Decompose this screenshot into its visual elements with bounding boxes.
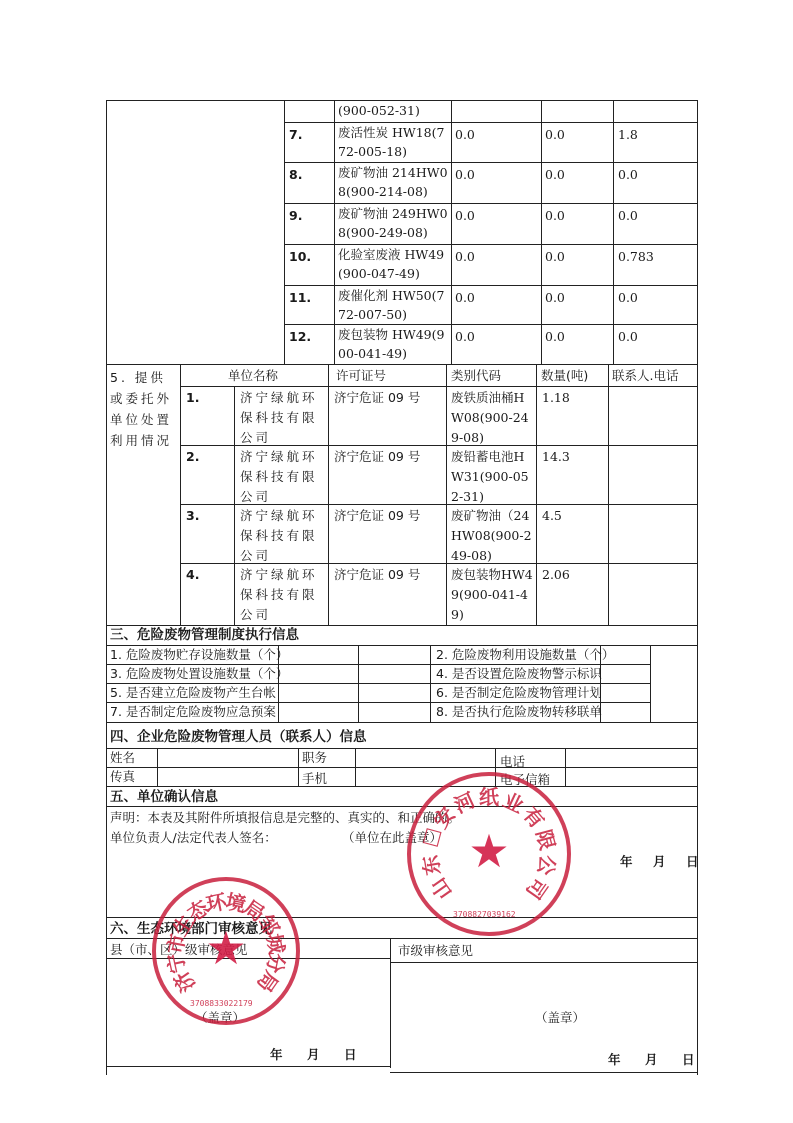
section4-title: 四、企业危险废物管理人员（联系人）信息	[110, 727, 367, 747]
quantity: 14.3	[542, 447, 570, 467]
declaration-text: 声明：本表及其附件所填报信息是完整的、真实的、和正确的。	[110, 808, 460, 828]
section3-item-label: 8. 是否执行危险废物转移联单	[436, 702, 602, 722]
category-code: 废矿物油（24 HW08(900-249-08)	[451, 506, 535, 566]
label-phone: 电话	[500, 752, 525, 772]
quantity-cell: 0.0	[545, 125, 565, 145]
table-rule	[106, 1066, 390, 1067]
table-rule	[180, 364, 181, 625]
city-seal-note: （盖章）	[535, 1008, 585, 1028]
confirm-date: 年 月 日	[620, 852, 703, 872]
table-rule	[106, 722, 107, 1075]
row-number: 3.	[186, 506, 199, 526]
waste-name-cont: 00-041-49)	[338, 344, 407, 364]
contact-field[interactable]	[610, 565, 695, 620]
header-unit-name: 单位名称	[228, 366, 278, 386]
table-rule	[334, 100, 335, 364]
table-rule	[106, 100, 107, 364]
county-date: 年 月 日	[270, 1045, 363, 1065]
company-seal-stamp: ★山东□安河纸业有限公司3708827039162	[407, 772, 571, 936]
unit-name: 济宁绿航环保科技有限公司	[240, 565, 324, 625]
section3-item-value[interactable]	[360, 645, 428, 663]
contact-field[interactable]	[610, 447, 695, 502]
waste-name-cont: (900-047-49)	[338, 264, 420, 284]
table-rule	[284, 100, 285, 364]
contact-field[interactable]	[610, 506, 695, 561]
label-mobile: 手机	[302, 769, 327, 789]
table-rule	[390, 1072, 697, 1073]
permit-number: 济宁危证 09 号	[334, 506, 420, 526]
quantity-cell: 0.0	[618, 288, 638, 308]
waste-name: 废矿物油 214HW0	[338, 163, 448, 183]
quantity-cell: 0.0	[455, 165, 475, 185]
row-number: 7.	[289, 125, 302, 145]
quantity-cell: 0.0	[618, 327, 638, 347]
quantity-cell: 0.0	[545, 165, 565, 185]
email-field[interactable]	[567, 768, 695, 785]
permit-number: 济宁危证 09 号	[334, 447, 420, 467]
waste-name-cont: 72-007-50)	[338, 305, 407, 325]
row-number: 4.	[186, 565, 199, 585]
quantity-cell: 0.0	[455, 288, 475, 308]
row-number: 9.	[289, 206, 302, 226]
waste-name: 废活性炭 HW18(7	[338, 123, 444, 143]
table-rule	[536, 364, 537, 625]
waste-name: 废矿物油 249HW0	[338, 204, 448, 224]
row-number: 8.	[289, 165, 302, 185]
section3-item-label: 1. 危险废物贮存设施数量（个）	[110, 645, 288, 665]
waste-name-cont: 72-005-18)	[338, 142, 407, 162]
table-rule	[541, 100, 542, 364]
category-code: 废铅蓄电池HW31(900-052-31)	[451, 447, 535, 507]
mobile-field[interactable]	[357, 768, 493, 785]
table-rule	[358, 645, 359, 722]
section3-item-value[interactable]	[360, 702, 428, 720]
section3-item-value[interactable]	[360, 664, 428, 682]
quantity: 1.18	[542, 388, 570, 408]
waste-name: (900-052-31)	[338, 101, 420, 121]
waste-name: 废包装物 HW49(9	[338, 325, 444, 345]
city-date: 年 月 日	[608, 1050, 701, 1070]
section3-item-label: 2. 危险废物利用设施数量（个）	[436, 645, 614, 665]
label-fax: 传真	[110, 767, 135, 787]
phone-field[interactable]	[567, 749, 695, 766]
section3-item-label: 4. 是否设置危险废物警示标识	[436, 664, 602, 684]
quantity-cell: 0.0	[455, 247, 475, 267]
section3-item-value[interactable]	[360, 683, 428, 701]
document-page: (900-052-31)7.废活性炭 HW18(772-005-18)0.00.…	[0, 0, 793, 1123]
seal-note: （单位在此盖章）	[342, 828, 442, 848]
table-rule	[650, 645, 697, 646]
table-rule	[106, 958, 390, 959]
section5-label: 5. 提供或委托外单位处置利用情况	[110, 367, 176, 451]
unit-name: 济宁绿航环保科技有限公司	[240, 447, 324, 507]
table-rule	[390, 938, 391, 1068]
quantity: 2.06	[542, 565, 570, 585]
position-field[interactable]	[357, 749, 493, 766]
waste-name-cont: 8(900-214-08)	[338, 182, 428, 202]
section3-title: 三、危险废物管理制度执行信息	[110, 625, 299, 645]
section5-title: 五、单位确认信息	[110, 787, 218, 807]
row-number: 12.	[289, 327, 311, 347]
table-rule	[451, 100, 452, 364]
section3-item-label: 6. 是否制定危险废物管理计划	[436, 683, 602, 703]
section6-title: 六、生态环境部门审核意见	[110, 919, 272, 939]
table-rule	[446, 364, 447, 625]
section3-item-label: 5. 是否建立危险废物产生台帐	[110, 683, 276, 703]
quantity-cell: 0.0	[455, 327, 475, 347]
table-rule	[234, 386, 235, 625]
table-rule	[608, 364, 609, 625]
fax-field[interactable]	[159, 768, 296, 785]
quantity-cell: 1.8	[618, 125, 638, 145]
label-email: 电子信箱	[500, 770, 550, 790]
permit-number: 济宁危证 09 号	[334, 388, 420, 408]
quantity-cell: 0.0	[618, 165, 638, 185]
category-code: 废铁质油桶HW08(900-249-08)	[451, 388, 535, 448]
table-rule	[106, 722, 697, 723]
waste-name: 废催化剂 HW50(7	[338, 286, 444, 306]
header-permit: 许可证号	[336, 366, 386, 386]
table-rule	[106, 938, 697, 939]
table-rule	[157, 748, 158, 786]
section3-item-value[interactable]	[602, 702, 648, 720]
table-rule	[613, 100, 614, 364]
unit-name: 济宁绿航环保科技有限公司	[240, 506, 324, 566]
quantity-cell: 0.0	[545, 206, 565, 226]
contact-field[interactable]	[610, 388, 695, 443]
quantity-cell: 0.0	[455, 125, 475, 145]
row-number: 1.	[186, 388, 199, 408]
label-position: 职务	[302, 748, 327, 768]
header-category: 类别代码	[451, 366, 501, 386]
table-rule	[106, 917, 697, 918]
header-contact: 联系人.电话	[612, 366, 678, 386]
table-rule	[430, 645, 431, 722]
table-rule	[106, 364, 107, 625]
quantity-cell: 0.0	[545, 327, 565, 347]
unit-name: 济宁绿航环保科技有限公司	[240, 388, 324, 448]
section3-item-label: 3. 危险废物处置设施数量（个）	[110, 664, 288, 684]
signature-label: 单位负责人/法定代表人签名：	[110, 828, 277, 848]
city-review-label: 市级审核意见	[398, 941, 473, 961]
table-rule	[180, 386, 697, 387]
table-rule	[106, 806, 697, 807]
county-review-label: 县（市、区）级审核意见	[110, 940, 248, 960]
table-rule	[106, 625, 107, 722]
row-number: 11.	[289, 288, 311, 308]
quantity: 4.5	[542, 506, 562, 526]
stamp-number: 3708833022179	[190, 999, 253, 1008]
header-quantity: 数量(吨)	[541, 366, 588, 386]
name-field[interactable]	[159, 749, 296, 766]
section3-item-value[interactable]	[602, 664, 648, 682]
table-rule	[355, 748, 356, 786]
section3-item-value[interactable]	[602, 645, 648, 663]
stamp-star-icon: ★	[464, 828, 514, 874]
label-name: 姓名	[110, 748, 135, 768]
table-rule	[328, 364, 329, 625]
quantity-cell: 0.0	[455, 206, 475, 226]
quantity-cell: 0.0	[618, 206, 638, 226]
table-rule	[298, 748, 299, 786]
waste-name: 化验室废液 HW49	[338, 245, 444, 265]
table-rule	[697, 100, 698, 1075]
section3-item-value[interactable]	[602, 683, 648, 701]
table-rule	[495, 748, 496, 786]
table-rule	[390, 962, 697, 963]
section3-item-label: 7. 是否制定危险废物应急预案	[110, 702, 276, 722]
quantity-cell: 0.783	[618, 247, 654, 267]
permit-number: 济宁危证 09 号	[334, 565, 420, 585]
category-code: 废包装物HW49(900-041-49)	[451, 565, 535, 625]
waste-name-cont: 8(900-249-08)	[338, 223, 428, 243]
row-number: 10.	[289, 247, 311, 267]
table-rule	[565, 748, 566, 786]
table-rule	[650, 645, 651, 722]
row-number: 2.	[186, 447, 199, 467]
quantity-cell: 0.0	[545, 247, 565, 267]
quantity-cell: 0.0	[545, 288, 565, 308]
county-seal-note: （盖章）	[195, 1008, 245, 1028]
